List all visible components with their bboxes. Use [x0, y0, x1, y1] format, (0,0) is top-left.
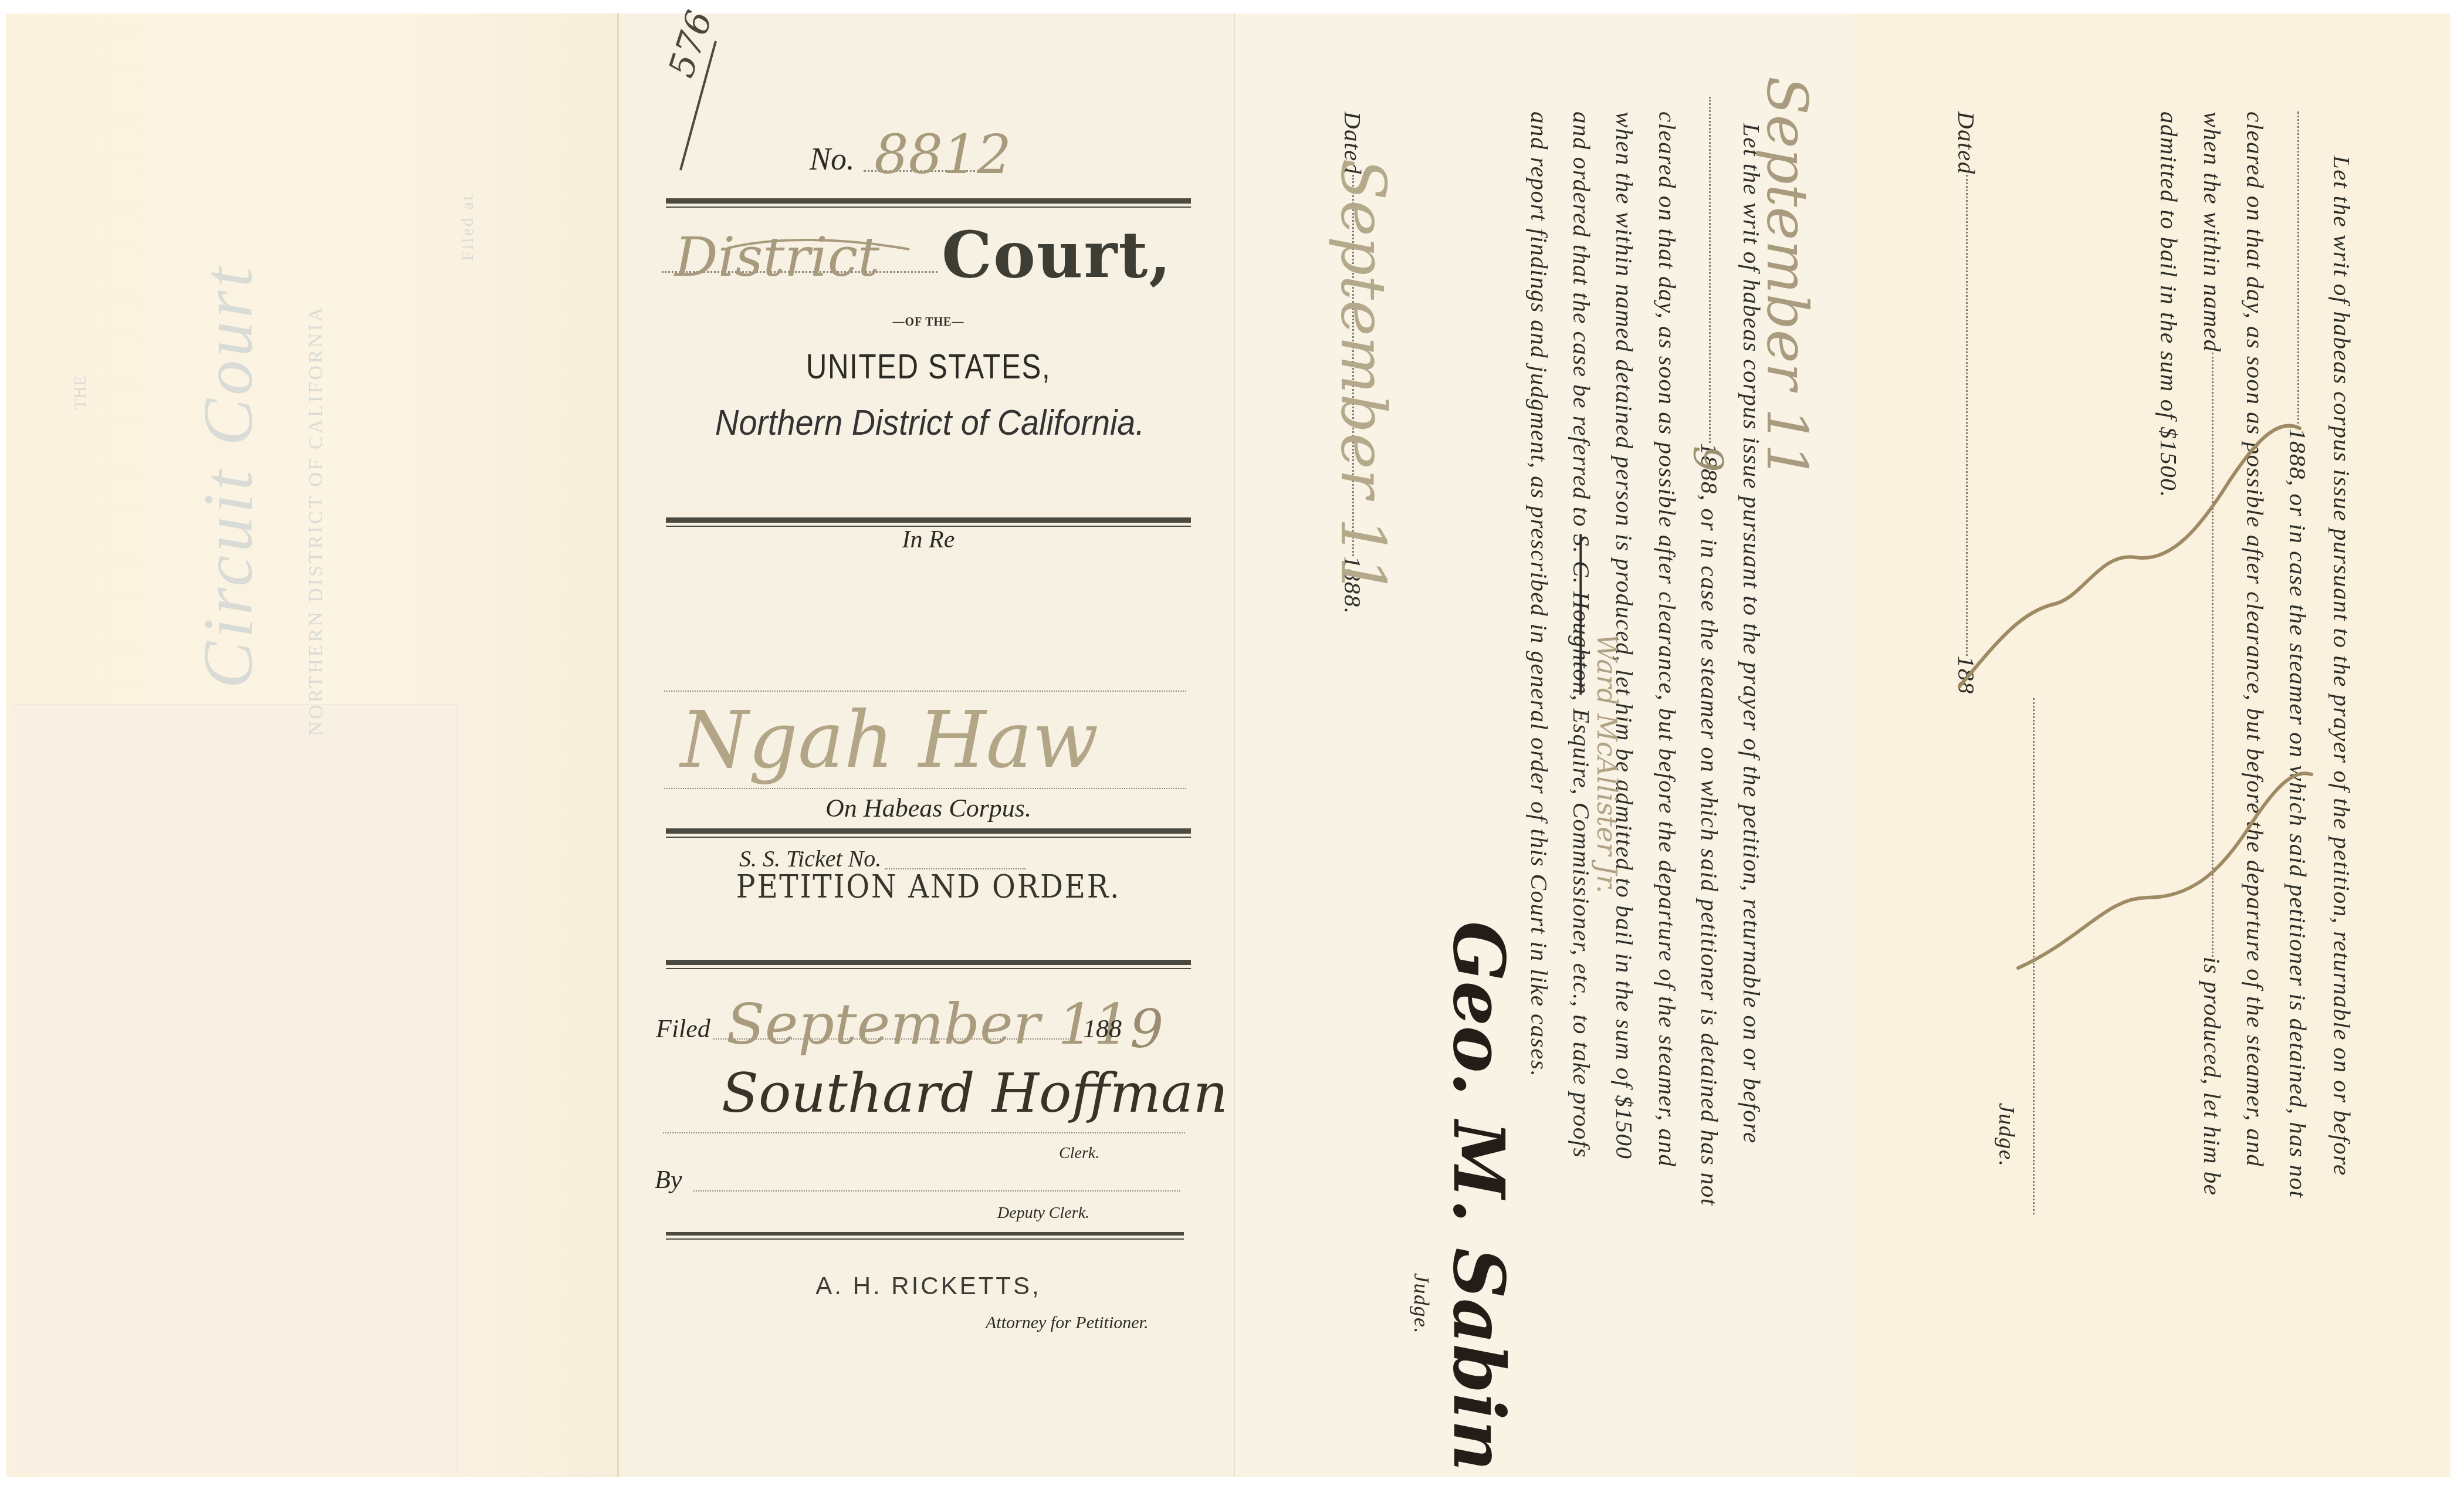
ghost-district: NORTHERN DISTRICT OF CALIFORNIA — [305, 305, 327, 736]
ticket-rule — [666, 828, 1191, 838]
footer-rule — [666, 1232, 1184, 1240]
ghost-the: THE — [70, 375, 90, 409]
ghost-court-script: Circuit Court — [188, 264, 269, 689]
deputy-clerk-label: Deputy Clerk. — [997, 1204, 1089, 1223]
return-date-hand: September 11 — [1754, 76, 1820, 479]
order2-dated-label: Dated — [1953, 111, 1980, 175]
by-label: By — [655, 1165, 682, 1194]
habeas-label: On Habeas Corpus. — [666, 793, 1191, 823]
case-number-field: No. 8812 — [810, 141, 986, 176]
case-number-value: 8812 — [874, 123, 1011, 186]
petitioner-line-1 — [664, 691, 1186, 692]
clerk-line — [663, 1132, 1185, 1133]
filed-year-printed: 188 — [1083, 1014, 1122, 1044]
dated-hand: September 11 — [1327, 158, 1399, 595]
case-number-label: No. — [810, 141, 855, 177]
corner-slash-icon — [675, 35, 722, 176]
of-the-label: —OF THE— — [666, 316, 1191, 329]
filed-date: September 11 — [726, 991, 1129, 1057]
order2-return-date-line — [2297, 111, 2299, 428]
fold-line — [617, 13, 619, 1477]
filed-year-hand: 9 — [1130, 999, 1163, 1060]
document-title: PETITION AND ORDER. — [692, 868, 1165, 905]
header-rule — [666, 198, 1191, 208]
filed-field: Filed September 11 188 9 — [656, 997, 1201, 1068]
judge-signature: Geo. M. Sabin — [1437, 921, 1520, 1471]
order-line-2: 1888, or in case the steamer on which sa… — [1695, 97, 1724, 1206]
order-line-3: cleared on that day, as soon as possible… — [1653, 111, 1681, 1167]
filed-label: Filed — [656, 1014, 710, 1044]
year-correction-hand: 9 — [1684, 446, 1732, 472]
clerk-label: Clerk. — [1059, 1144, 1099, 1163]
petitioner-name: Ngah Haw — [681, 695, 1098, 786]
return-date-line — [1709, 97, 1711, 443]
court-title: Court, — [942, 218, 1172, 292]
title-rule — [666, 960, 1191, 969]
country-label: UNITED STATES, — [713, 346, 1144, 387]
cancel-squiggle-icon — [1948, 411, 2358, 1232]
petitioner-line-2 — [664, 788, 1186, 789]
ghost-filed: Filed at — [458, 194, 478, 261]
deputy-line — [693, 1190, 1180, 1192]
judge-label: Judge. — [1409, 1273, 1434, 1334]
strike-mark-icon — [727, 232, 915, 255]
clerk-signature: Southard Hoffman — [722, 1062, 1228, 1125]
district-label: Northern District of California. — [685, 402, 1176, 444]
order-line-6: and report findings and judgment, as pre… — [1525, 111, 1553, 1077]
attorney-name: A. H. RICKETTS, — [666, 1272, 1191, 1300]
attorney-label: Attorney for Petitioner. — [986, 1313, 1148, 1333]
back-panel-flap — [12, 704, 458, 1473]
in-re-label: In Re — [666, 516, 1191, 554]
deputy-field: By — [655, 1165, 1194, 1200]
commissioner-hand: Ward McAllister Jr. — [1591, 634, 1623, 893]
